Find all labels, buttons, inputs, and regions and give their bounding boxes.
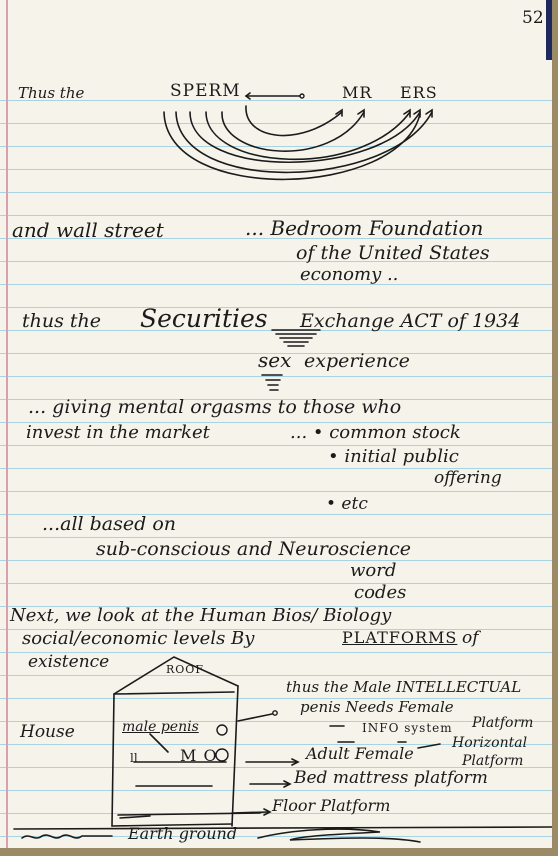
arc-1 xyxy=(246,106,342,136)
arc-6 xyxy=(164,112,420,179)
ink-drawings xyxy=(0,0,552,848)
arc-2 xyxy=(222,112,364,151)
arc-5 xyxy=(176,112,432,172)
house-wall-right xyxy=(232,686,238,826)
house-roof xyxy=(114,657,238,694)
binding-edge xyxy=(546,0,552,60)
notebook-page: 52 Thus the SPERM MR ERS and wall street… xyxy=(0,0,552,848)
house-floor xyxy=(112,824,232,826)
ground-hatch xyxy=(22,835,112,838)
arrow-to-floor xyxy=(232,812,268,813)
house-wall-left xyxy=(112,694,114,826)
securities-underline xyxy=(272,330,320,346)
arrow-to-male xyxy=(238,714,272,721)
ground-line xyxy=(14,827,552,829)
arc-3 xyxy=(206,112,410,159)
penis-pointer xyxy=(150,734,168,752)
house-ceiling xyxy=(114,692,234,694)
